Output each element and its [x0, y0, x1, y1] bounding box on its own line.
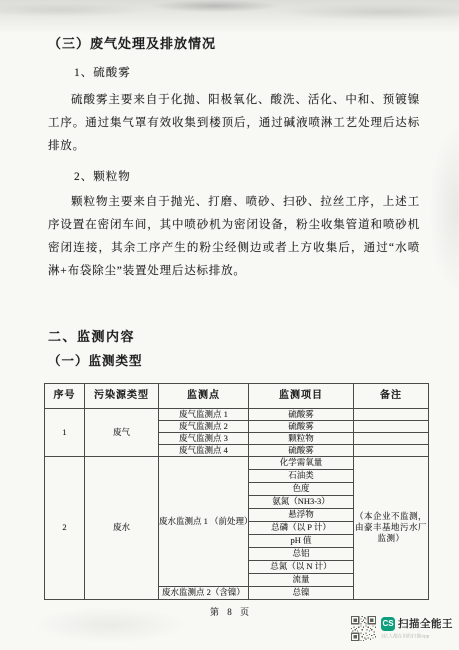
- cell-item: 总磷（以 P 计）: [249, 521, 354, 534]
- table-header-row: 序号 污染源类型 监测点 监测项目 备注: [45, 383, 429, 408]
- cell-point: 废气监测点 3: [159, 432, 249, 444]
- cell-source-gas: 废气: [85, 408, 159, 456]
- camscanner-watermark: CS 扫描全能王 3亿人都在用的扫描App: [351, 616, 453, 641]
- header-source-type: 污染源类型: [85, 383, 159, 408]
- qr-code-icon: [351, 616, 376, 641]
- table-row: 1 废气 废气监测点 1 硫酸雾: [45, 408, 429, 420]
- camscanner-logo-icon: CS: [381, 617, 395, 631]
- paragraph-acid-mist: 硫酸雾主要来自于化抛、阳极氧化、酸洗、活化、中和、预镀镍工序。通过集气罩有效收集…: [48, 89, 420, 158]
- cell-source-water: 废水: [85, 456, 159, 599]
- cell-point: 废气监测点 4: [159, 444, 249, 456]
- header-seq: 序号: [45, 383, 85, 408]
- document-content: （三）废气处理及排放情况 1、硫酸雾 硫酸雾主要来自于化抛、阳极氧化、酸洗、活化…: [48, 36, 420, 618]
- subsection-title-acid-mist: 1、硫酸雾: [74, 66, 420, 81]
- header-monitoring-item: 监测项目: [249, 383, 354, 408]
- watermark-row: CS 扫描全能王: [381, 616, 453, 631]
- cell-seq-water: 2: [45, 456, 85, 599]
- section-title-waste-gas: （三）废气处理及排放情况: [48, 36, 420, 52]
- cell-item: 色度: [249, 482, 354, 495]
- cell-remark-water: （本企业不监测，由豪丰基地污水厂监测）: [354, 456, 429, 599]
- cell-item: 总镍: [249, 586, 354, 599]
- cell-remark-empty: [354, 408, 429, 420]
- cell-item: 硫酸雾: [249, 444, 354, 456]
- cell-item: 氨氮（NH3-3）: [249, 495, 354, 508]
- cell-point-water1: 废水监测点 1 （前处理）: [159, 456, 249, 586]
- camscanner-app-subtitle: 3亿人都在用的扫描App: [381, 632, 437, 639]
- cell-seq-gas: 1: [45, 408, 85, 456]
- scanned-document-page: （三）废气处理及排放情况 1、硫酸雾 硫酸雾主要来自于化抛、阳极氧化、酸洗、活化…: [0, 0, 459, 650]
- cell-item: 总氮（以 N 计）: [249, 560, 354, 573]
- cell-item: 悬浮物: [249, 508, 354, 521]
- cell-point: 废气监测点 1: [159, 408, 249, 420]
- cell-remark-empty: [354, 432, 429, 444]
- cell-point-water2: 废水监测点 2（含镍）: [159, 586, 249, 599]
- cell-item: 硫酸雾: [249, 420, 354, 432]
- cell-remark-empty: [354, 420, 429, 432]
- header-remark: 备注: [354, 383, 429, 408]
- subsection-title-monitoring-type: （一）监测类型: [48, 353, 420, 369]
- cell-remark-empty: [354, 444, 429, 456]
- paragraph-particulate: 颗粒物主要来自于抛光、打磨、喷砂、扫砂、拉丝工序，上述工序设置在密闭车间，其中喷…: [48, 191, 420, 283]
- monitoring-type-table: 序号 污染源类型 监测点 监测项目 备注 1 废气 废气监测点 1 硫酸雾 废气…: [44, 383, 429, 600]
- table-row: 2 废水 废水监测点 1 （前处理） 化学需氧量 （本企业不监测，由豪丰基地污水…: [45, 456, 429, 469]
- cell-item: pH 值: [249, 534, 354, 547]
- header-monitoring-point: 监测点: [159, 383, 249, 408]
- section-title-monitoring-content: 二、监测内容: [48, 329, 420, 345]
- cell-item: 化学需氧量: [249, 456, 354, 469]
- cell-item: 石油类: [249, 469, 354, 482]
- cell-item: 总铝: [249, 547, 354, 560]
- cell-item: 硫酸雾: [249, 408, 354, 420]
- cell-point: 废气监测点 2: [159, 420, 249, 432]
- subsection-title-particulate: 2、颗粒物: [74, 170, 420, 185]
- cell-item: 流量: [249, 573, 354, 586]
- watermark-text-block: CS 扫描全能王 3亿人都在用的扫描App: [381, 616, 453, 641]
- cell-item: 颗粒物: [249, 432, 354, 444]
- camscanner-app-name: 扫描全能王: [398, 616, 453, 631]
